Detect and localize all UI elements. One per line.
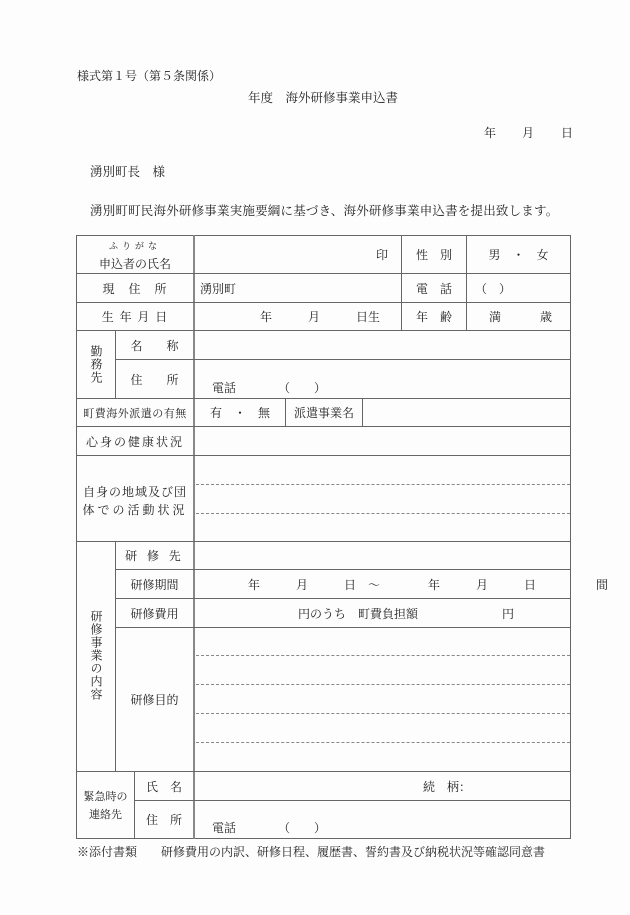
workplace-name-label: 名 称	[116, 331, 193, 359]
address-field[interactable]: 湧別町	[200, 274, 400, 302]
seal-mark: 印	[370, 236, 394, 273]
emergency-address-label: 住 所	[135, 801, 193, 838]
workplace-name-field[interactable]	[195, 331, 570, 359]
training-period-label: 研修期間	[116, 570, 193, 598]
gender-label: 性 別	[402, 236, 466, 273]
phone-field[interactable]: （ ）	[475, 274, 570, 302]
page-title: 年度 海外研修事業申込書	[248, 88, 398, 106]
phone-label: 電 話	[402, 274, 466, 302]
dispatch-options[interactable]: 有 ・ 無	[195, 399, 285, 426]
date-year: 年	[484, 124, 496, 141]
table-border-right	[570, 235, 571, 839]
training-label: 研修事業の内容	[77, 600, 115, 710]
workplace-phone-field[interactable]: 電話 （ ）	[212, 378, 412, 396]
training-cost-label: 研修費用	[116, 599, 193, 627]
emergency-relation-field[interactable]: 続 柄：	[423, 772, 563, 800]
date-month: 月	[522, 124, 534, 141]
row-divider	[134, 800, 571, 801]
gender-options[interactable]: 男 ・ 女	[467, 236, 570, 273]
training-cost-field[interactable]: 円のうち 町費負担額 円	[298, 599, 570, 627]
workplace-label: 勤務先	[77, 331, 115, 398]
address-label: 現 住 所	[77, 274, 193, 302]
birthdate-field[interactable]: 年 月 日生	[240, 303, 400, 330]
emergency-label-line2: 連絡先	[77, 806, 134, 822]
dispatch-program-field[interactable]	[363, 399, 570, 426]
age-suffix: 歳	[536, 303, 556, 330]
emergency-label-line1: 緊急時の	[77, 788, 134, 804]
emergency-phone-field[interactable]: 電話 （ ）	[212, 818, 412, 836]
age-label: 年 齢	[402, 303, 466, 330]
emergency-name-field[interactable]	[195, 772, 415, 800]
applicant-name-label: 申込者の氏名	[77, 254, 193, 272]
training-purpose-label: 研修目的	[116, 628, 193, 771]
activity-label-line2: 体での活動状況	[77, 500, 193, 518]
table-border-bottom	[76, 838, 571, 839]
date-day: 日	[561, 124, 573, 141]
dispatch-label: 町費海外派遣の有無	[77, 399, 193, 426]
furigana-label: ふりがな	[77, 237, 193, 253]
training-purpose-field[interactable]	[195, 628, 570, 771]
health-field[interactable]	[195, 427, 570, 455]
activity-label-line1: 自身の地域及び団	[77, 482, 193, 500]
training-period-field[interactable]: 年 月 日 ～ 年 月 日 間	[248, 570, 570, 598]
birthdate-label: 生 年 月 日	[77, 303, 193, 330]
attachments-note: ※添付書類 研修費用の内訳、研修日程、履歴書、誓約書及び納税状況等確認同意書	[77, 843, 545, 860]
age-prefix: 満	[485, 303, 505, 330]
dispatch-program-label: 派遣事業名	[286, 399, 362, 426]
health-label: 心身の健康状況	[77, 427, 193, 455]
training-destination-field[interactable]	[195, 542, 570, 569]
workplace-address-label: 住 所	[116, 360, 193, 398]
addressee: 湧別町長 様	[90, 162, 165, 180]
form-number: 様式第１号（第５条関係）	[77, 67, 221, 84]
intro-text: 湧別町町民海外研修事業実施要綱に基づき、海外研修事業申込書を提出致します。	[90, 201, 558, 219]
training-destination-label: 研 修 先	[116, 542, 193, 569]
emergency-name-label: 氏 名	[135, 772, 193, 800]
activity-field[interactable]	[195, 456, 570, 541]
